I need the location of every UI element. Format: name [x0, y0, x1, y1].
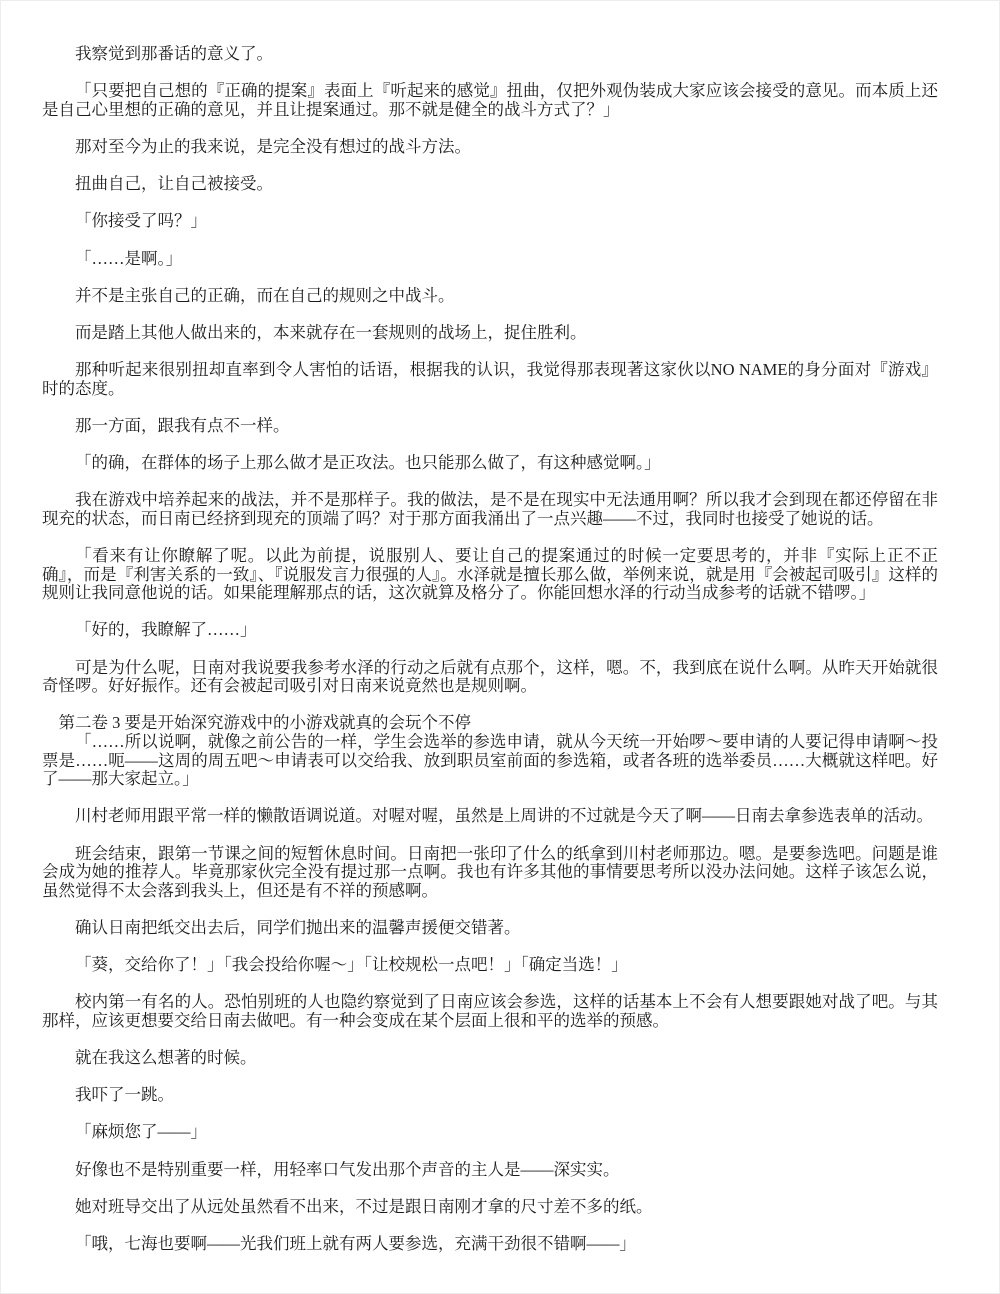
paragraph: 「葵，交给你了！」「我会投给你喔～」「让校规松一点吧！」「确定当选！」: [42, 956, 938, 975]
paragraph: 「哦，七海也要啊——光我们班上就有两人要参选，充满干劲很不错啊——」: [42, 1235, 938, 1254]
paragraph: 可是为什么呢，日南对我说要我参考水泽的行动之后就有点那个，这样，嗯。不，我到底在…: [42, 659, 938, 696]
paragraph: 班会结束，跟第一节课之间的短暂休息时间。日南把一张印了什么的纸拿到川村老师那边。…: [42, 845, 938, 901]
paragraph: 而是踏上其他人做出来的，本来就存在一套规则的战场上，捉住胜利。: [42, 324, 938, 343]
paragraph: 她对班导交出了从远处虽然看不出来，不过是跟日南刚才拿的尺寸差不多的纸。: [42, 1198, 938, 1217]
paragraph: 「麻烦您了——」: [42, 1123, 938, 1142]
paragraph: 我察觉到那番话的意义了。: [42, 45, 938, 64]
paragraph: 就在我这么想著的时候。: [42, 1049, 938, 1068]
paragraph: 「只要把自己想的『正确的提案』表面上『听起来的感觉』扭曲，仅把外观伪装成大家应该…: [42, 82, 938, 119]
paragraph: 那种听起来很别扭却直率到令人害怕的话语，根据我的认识，我觉得那表现著这家伙以NO…: [42, 361, 938, 398]
novel-text-page: 我察觉到那番话的意义了。 「只要把自己想的『正确的提案』表面上『听起来的感觉』扭…: [0, 0, 1000, 1294]
paragraph: 「……是啊。」: [42, 250, 938, 269]
paragraph: 我吓了一跳。: [42, 1086, 938, 1105]
paragraph: 「看来有让你瞭解了呢。以此为前提，说服别人、要让自己的提案通过的时候一定要思考的…: [42, 547, 938, 603]
chapter-heading: 第二卷 3 要是开始深究游戏中的小游戏就真的会玩个不停: [42, 714, 938, 733]
paragraph: 「的确，在群体的场子上那么做才是正攻法。也只能那么做了，有这种感觉啊。」: [42, 454, 938, 473]
paragraph: 川村老师用跟平常一样的懒散语调说道。对喔对喔，虽然是上周讲的不过就是今天了啊——…: [42, 807, 938, 826]
paragraph: 「你接受了吗？」: [42, 212, 938, 231]
paragraph: 好像也不是特别重要一样，用轻率口气发出那个声音的主人是——深实实。: [42, 1161, 938, 1180]
paragraph: 「……所以说啊，就像之前公告的一样，学生会选举的参选申请，就从今天统一开始啰～要…: [42, 733, 938, 789]
paragraph: 扭曲自己，让自己被接受。: [42, 175, 938, 194]
paragraph: 「好的，我瞭解了……」: [42, 621, 938, 640]
paragraph: 校内第一有名的人。恐怕别班的人也隐约察觉到了日南应该会参选，这样的话基本上不会有…: [42, 993, 938, 1030]
paragraph: 我在游戏中培养起来的战法，并不是那样子。我的做法，是不是在现实中无法通用啊？所以…: [42, 491, 938, 528]
paragraph: 并不是主张自己的正确，而在自己的规则之中战斗。: [42, 287, 938, 306]
paragraph: 那对至今为止的我来说，是完全没有想过的战斗方法。: [42, 138, 938, 157]
paragraph: 确认日南把纸交出去后，同学们抛出来的温馨声援便交错著。: [42, 919, 938, 938]
paragraph: 那一方面，跟我有点不一样。: [42, 417, 938, 436]
